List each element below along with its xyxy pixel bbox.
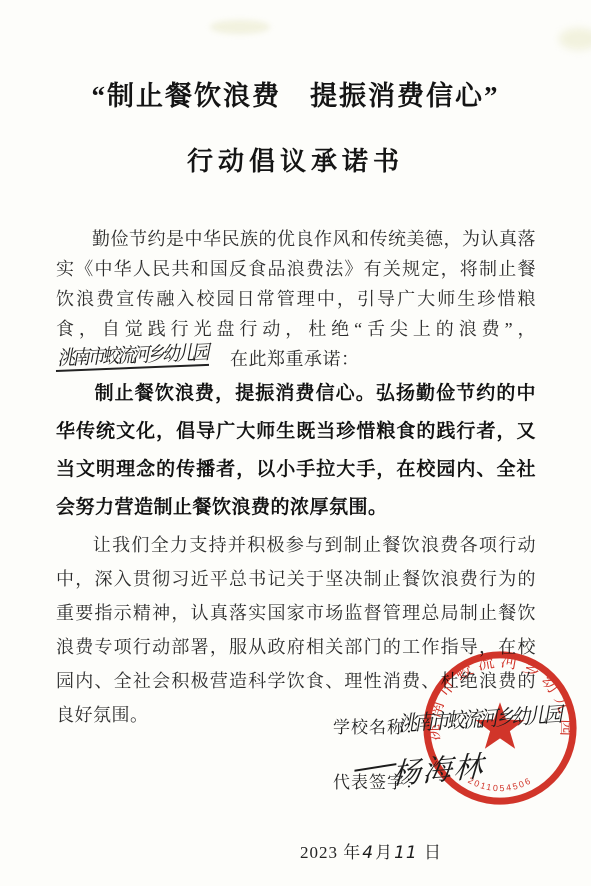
paragraph-1-text-before-insert: 勤俭节约是中华民族的优良作风和传统美德，为认真落实《中华人民共和国反食品浪费法》… — [56, 229, 536, 339]
scan-smudge — [210, 20, 270, 34]
document-page: “制止餐饮浪费 提振消费信心” 行动倡议承诺书 勤俭节约是中华民族的优良作风和传… — [0, 0, 591, 886]
handwritten-school-name-inline: 洮南市蛟流河乡幼儿园 — [55, 341, 209, 372]
paragraph-1-text-after-insert: 在此郑重承诺： — [230, 349, 360, 369]
date-year-printed: 2023 年 — [300, 843, 361, 862]
scan-smudge — [559, 28, 591, 50]
paragraph-2-text: 制止餐饮浪费，提振消费信心。弘扬勤俭节约的中华传统文化，倡导广大师生既当珍惜粮食… — [56, 383, 536, 518]
representative-signature-handwriting: 杨海林 — [391, 744, 486, 793]
date-day-handwriting: 11 — [393, 843, 419, 863]
document-title-line2: 行动倡议承诺书 — [0, 141, 591, 178]
paragraph-1: 勤俭节约是中华民族的优良作风和传统美德，为认真落实《中华人民共和国反食品浪费法》… — [56, 224, 536, 374]
document-title-line1: “制止餐饮浪费 提振消费信心” — [0, 74, 591, 113]
date-day-printed: 日 — [424, 843, 442, 862]
date-line: 2023 年4月11 日 — [300, 838, 442, 863]
paragraph-2-bold: 制止餐饮浪费，提振消费信心。弘扬勤俭节约的中华传统文化，倡导广大师生既当珍惜粮食… — [56, 375, 536, 527]
date-month-printed: 月 — [375, 843, 393, 862]
date-month-handwriting: 4 — [361, 843, 375, 863]
